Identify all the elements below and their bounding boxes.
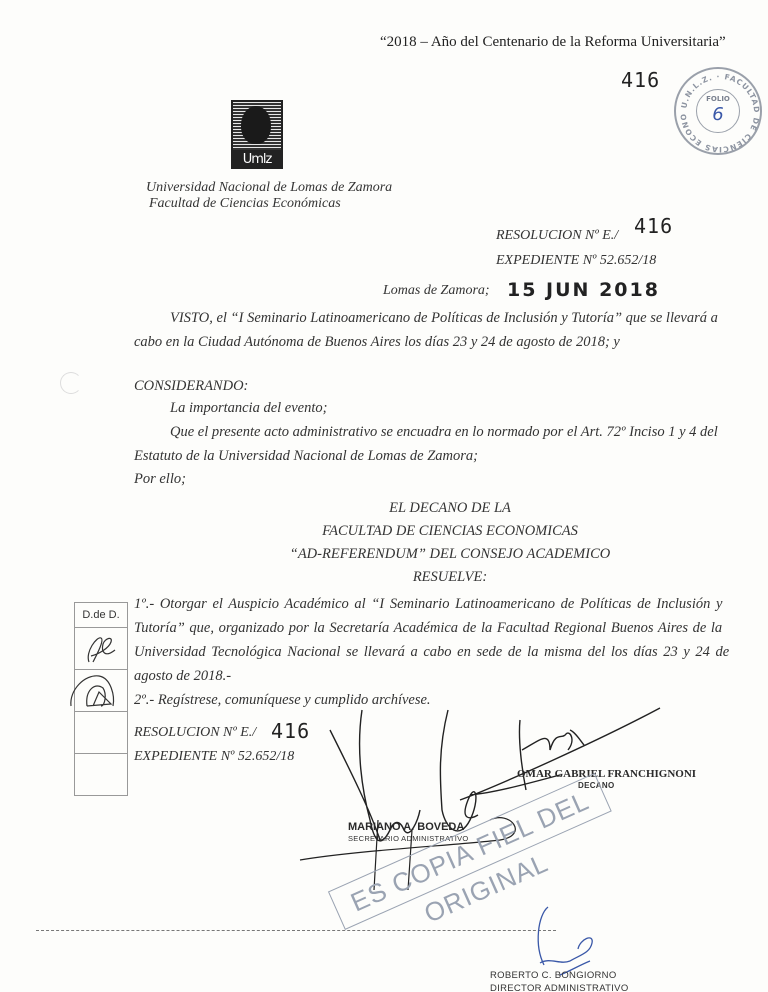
considerando-item-2-line-1: Que el presente acto administrativo se e…: [170, 420, 718, 444]
article-1-line-4: agosto de 2018.-: [134, 664, 231, 688]
signatory-3-title: DIRECTOR ADMINISTRATIVO: [490, 983, 629, 992]
authority-line-3: “AD-REFERENDUM” DEL CONSEJO ACADEMICO: [200, 542, 700, 566]
footer-resolution-label: RESOLUCION Nº E./: [134, 725, 256, 741]
routing-box-cell: [75, 670, 127, 712]
university-logo: Umlz: [231, 100, 283, 169]
por-ello: Por ello;: [134, 467, 186, 491]
logo-wordmark: Umlz: [233, 152, 281, 167]
footer-expediente: EXPEDIENTE Nº 52.652/18: [134, 749, 294, 765]
article-1-line-3: Universidad Tecnológica Nacional se llev…: [134, 640, 729, 664]
initials-signature-icon: [75, 670, 127, 711]
considerando-item-1: La importancia del evento;: [170, 396, 327, 420]
seal-folio-number: 6: [697, 104, 739, 125]
folio-stamp-number: 416: [621, 68, 660, 92]
faculty-folio-seal: U.N.L.Z. · FACULTAD DE CIENCIAS ECONOMIC…: [674, 67, 762, 155]
signatory-1-name: MARIANO A. BOVEDA: [348, 821, 464, 833]
visto-line-1: VISTO, el “I Seminario Latinoamericano d…: [170, 306, 718, 330]
considerando-item-2-line-2: Estatuto de la Universidad Nacional de L…: [134, 444, 478, 468]
header-motto: “2018 – Año del Centenario de la Reforma…: [380, 34, 726, 51]
faculty-name: Facultad de Ciencias Económicas: [146, 196, 392, 212]
routing-box-cell: [75, 628, 127, 670]
seal-folio-label: FOLIO: [697, 95, 739, 103]
punch-hole-mark: [60, 372, 82, 394]
visto-line-2: cabo en la Ciudad Autónoma de Buenos Air…: [134, 330, 620, 354]
separator-line: [36, 930, 556, 931]
institution-name: Universidad Nacional de Lomas de Zamora …: [146, 180, 392, 212]
expediente-number: EXPEDIENTE Nº 52.652/18: [496, 253, 656, 269]
authority-line-1: EL DECANO DE LA: [200, 496, 700, 520]
signatory-2-name: OMAR GABRIEL FRANCHIGNONI: [517, 768, 696, 780]
routing-box-header: D.de D.: [75, 603, 127, 628]
article-1-line-1: 1º.- Otorgar el Auspicio Académico al “I…: [134, 592, 722, 616]
place-label: Lomas de Zamora;: [383, 283, 490, 299]
seal-inner-circle: FOLIO 6: [696, 89, 740, 133]
signatory-3-name: ROBERTO C. BONGIORNO: [490, 970, 617, 981]
date-stamp: 15 JUN 2018: [507, 279, 660, 301]
routing-box: D.de D.: [74, 602, 128, 796]
resolution-label: RESOLUCION Nº E./: [496, 228, 618, 244]
considerando-heading: CONSIDERANDO:: [134, 374, 248, 398]
authority-line-2: FACULTAD DE CIENCIAS ECONOMICAS: [200, 519, 700, 543]
university-name: Universidad Nacional de Lomas de Zamora: [146, 180, 392, 196]
resolution-number: 416: [634, 214, 673, 238]
routing-box-cell: [75, 712, 127, 754]
logo-tree-icon: [241, 106, 271, 144]
article-1-line-2: Tutoría” que, organizado por la Secretar…: [134, 616, 722, 640]
routing-box-cell: [75, 754, 127, 795]
initials-signature-icon: [75, 628, 127, 669]
resuelve-heading: RESUELVE:: [200, 565, 700, 589]
